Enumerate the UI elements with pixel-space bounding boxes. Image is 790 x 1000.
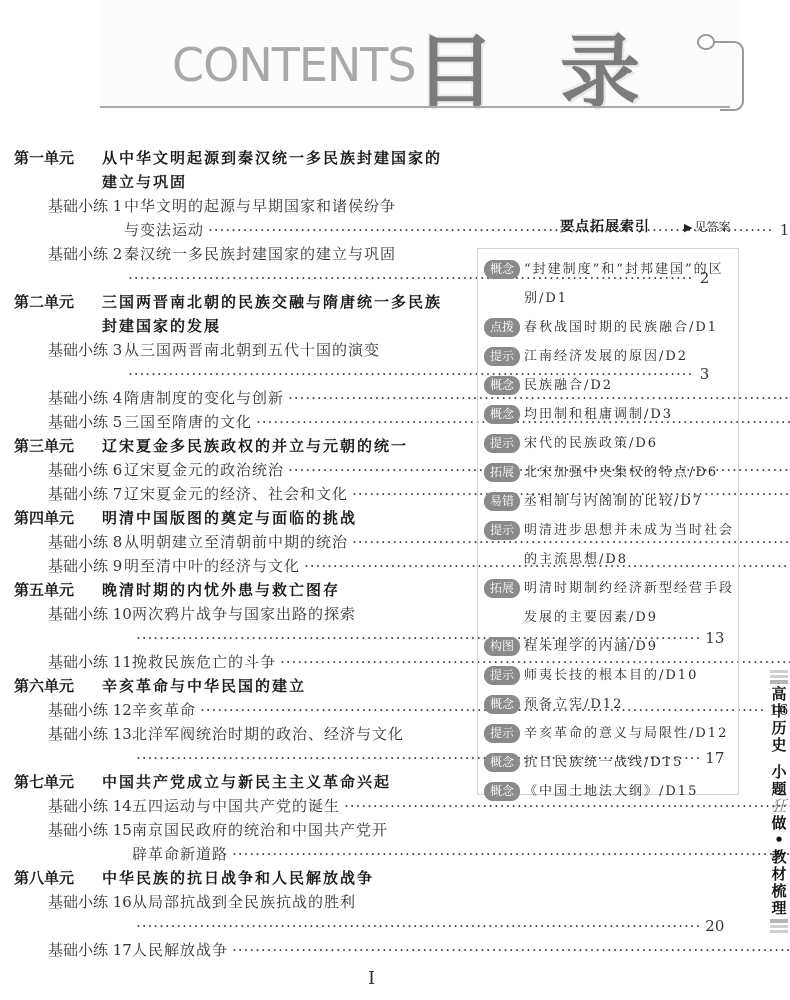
lesson-title-cont: 与变法运动 (124, 218, 204, 242)
unit-title: 中国共产党成立与新民主主义革命兴起 (102, 770, 444, 794)
index-item-text: 北宋加强中央集权的特点/D6 (524, 458, 734, 487)
lesson-entry[interactable]: 基础小练 8 从明朝建立至清朝前中期的统治10 (14, 530, 444, 554)
lesson-entry[interactable]: 基础小练 7 辽宋夏金元的经济、社会和文化9 (14, 482, 444, 506)
unit-label: 第一单元 (14, 146, 102, 194)
unit-label: 第八单元 (14, 866, 102, 890)
unit-label: 第二单元 (14, 290, 102, 338)
unit-heading[interactable]: 第六单元 辛亥革命与中华民国的建立 (14, 674, 444, 698)
lesson-label: 基础小练 9 (14, 554, 124, 578)
lesson-title: 明至清中叶的经济与文化 (124, 554, 300, 578)
index-panel: 概念“封建制度”和“封邦建国”的区别/D1 点拨春秋战国时期的民族融合/D1 提… (477, 248, 739, 795)
lesson-title: 五四运动与中国共产党的诞生 (132, 794, 340, 818)
lesson-title-cont: 辟革命新道路 (132, 842, 228, 866)
index-item[interactable]: 提示辛亥革命的意义与局限性/D12 (484, 719, 734, 748)
index-item[interactable]: 提示江南经济发展的原因/D2 (484, 342, 734, 371)
lesson-entry[interactable]: 基础小练 17 人民解放战争21 (14, 938, 444, 962)
lesson-label: 基础小练 16 (14, 890, 132, 938)
index-item-text: 明清时期制约经济新型经营手段发展的主要因素/D9 (524, 574, 734, 632)
index-item[interactable]: 易错丞相制与内阁制的比较/D7 (484, 487, 734, 516)
lesson-label: 基础小练 6 (14, 458, 124, 482)
index-item-text: 程朱理学的内涵/D9 (524, 632, 734, 661)
unit-label: 第七单元 (14, 770, 102, 794)
lesson-title: 从三国两晋南北朝到五代十国的演变 (124, 338, 380, 362)
index-item[interactable]: 提示宋代的民族政策/D6 (484, 429, 734, 458)
unit-title: 辛亥革命与中华民国的建立 (102, 674, 444, 698)
spine-series-char: 小 (770, 764, 788, 781)
tag-badge: 提示 (484, 724, 520, 743)
index-item-text: “封建制度”和“封邦建国”的区别/D1 (524, 255, 734, 313)
lesson-entry[interactable]: 基础小练 6 辽宋夏金元的政治统治7 (14, 458, 444, 482)
index-item-text: 辛亥革命的意义与局限性/D12 (524, 719, 734, 748)
lesson-title: 从明朝建立至清朝前中期的统治 (124, 530, 348, 554)
page-number-footer: I (368, 968, 375, 989)
unit-label: 第三单元 (14, 434, 102, 458)
tag-badge: 易错 (484, 492, 520, 511)
index-item-text: 江南经济发展的原因/D2 (524, 342, 734, 371)
tag-badge: 提示 (484, 434, 520, 453)
lesson-title: 挽救民族危亡的斗争 (132, 650, 276, 674)
tag-badge: 概念 (484, 405, 520, 424)
decorative-bar (770, 670, 788, 673)
spine-volume-char: 理 (770, 900, 788, 917)
spine-subject-char: 历 (770, 720, 788, 737)
lesson-label: 基础小练 11 (14, 650, 132, 674)
spine-subject-char: 史 (770, 737, 788, 754)
spine-series-char: 题 (770, 781, 788, 798)
index-item[interactable]: 概念“封建制度”和“封邦建国”的区别/D1 (484, 255, 734, 313)
unit-title: 从中华文明起源到秦汉统一多民族封建国家的建立与巩固 (102, 146, 444, 194)
decorative-bar (770, 930, 788, 933)
index-item-text: 宋代的民族政策/D6 (524, 429, 734, 458)
spine-volume-char: 梳 (770, 883, 788, 900)
index-item[interactable]: 概念抗日民族统一战线/D15 (484, 748, 734, 777)
lesson-label: 基础小练 7 (14, 482, 124, 506)
lesson-label: 基础小练 10 (14, 602, 132, 650)
unit-heading[interactable]: 第五单元 晚清时期的内忧外患与救亡图存 (14, 578, 444, 602)
lesson-entry[interactable]: 基础小练 5 三国至隋唐的文化6 (14, 410, 444, 434)
leader-dots (136, 914, 701, 938)
leader-dots (232, 938, 790, 962)
decorative-frame (720, 41, 744, 111)
lesson-title: 两次鸦片战争与国家出路的探索 (132, 602, 356, 626)
unit-heading[interactable]: 第四单元 明清中国版图的奠定与面临的挑战 (14, 506, 444, 530)
tag-badge: 概念 (484, 376, 520, 395)
lesson-entry[interactable]: 基础小练 4 隋唐制度的变化与创新4 (14, 386, 444, 410)
lesson-entry[interactable]: 基础小练 16 从局部抗战到全民族抗战的胜利 20 (14, 890, 444, 938)
page-number: 20 (705, 914, 724, 938)
index-item-text: 抗日民族统一战线/D15 (524, 748, 734, 777)
lesson-label: 基础小练 2 (14, 242, 124, 290)
index-item-text: 《中国土地法大纲》/D15 (524, 777, 734, 806)
see-answer-link[interactable]: ▶见答案 (684, 218, 730, 235)
tag-badge: 提示 (484, 347, 520, 366)
lesson-title: 辽宋夏金元的经济、社会和文化 (124, 482, 348, 506)
lesson-label: 基础小练 13 (14, 722, 132, 770)
unit-label: 第六单元 (14, 674, 102, 698)
lesson-title: 三国至隋唐的文化 (124, 410, 252, 434)
spine-subject-char: 中 (770, 703, 788, 720)
index-item[interactable]: 提示师夷长技的根本目的/D10 (484, 661, 734, 690)
tag-badge: 拓展 (484, 463, 520, 482)
index-item-text: 预备立宪/D12 (524, 690, 734, 719)
lesson-entry[interactable]: 基础小练 11 挽救民族危亡的斗争15 (14, 650, 444, 674)
lesson-label: 基础小练 3 (14, 338, 124, 386)
book-spine-label: 高 中 历 史 小 题 狂 做 • 教 材 梳 理 (770, 668, 788, 935)
lesson-entry[interactable]: 基础小练 3 从三国两晋南北朝到五代十国的演变 3 (14, 338, 444, 386)
unit-label: 第五单元 (14, 578, 102, 602)
index-item-text: 均田制和租庸调制/D3 (524, 400, 734, 429)
lesson-title: 从局部抗战到全民族抗战的胜利 (132, 890, 356, 914)
tag-badge: 概念 (484, 695, 520, 714)
decorative-bar (770, 680, 788, 684)
contents-title-english: CONTENTS (172, 38, 416, 92)
table-of-contents: 第一单元 从中华文明起源到秦汉统一多民族封建国家的建立与巩固 基础小练 1 中华… (14, 146, 444, 962)
index-item-text: 丞相制与内阁制的比较/D7 (524, 487, 734, 516)
triangle-right-icon: ▶ (684, 221, 692, 234)
index-title: 要点拓展索引 (560, 216, 650, 236)
lesson-entry[interactable]: 基础小练 1 中华文明的起源与早期国家和诸侯纷争 与变法运动1 (14, 194, 444, 242)
see-answer-label: 见答案 (694, 220, 730, 234)
lesson-label: 基础小练 4 (14, 386, 124, 410)
unit-heading[interactable]: 第七单元 中国共产党成立与新民主主义革命兴起 (14, 770, 444, 794)
page-number: 1 (777, 218, 789, 242)
tag-badge: 提示 (484, 521, 520, 540)
lesson-label: 基础小练 14 (14, 794, 132, 818)
index-item-text: 春秋战国时期的民族融合/D1 (524, 313, 734, 342)
index-item[interactable]: 概念预备立宪/D12 (484, 690, 734, 719)
lesson-entry[interactable]: 基础小练 10 两次鸦片战争与国家出路的探索 13 (14, 602, 444, 650)
unit-heading[interactable]: 第三单元 辽宋夏金多民族政权的并立与元朝的统一 (14, 434, 444, 458)
unit-title: 三国两晋南北朝的民族交融与隋唐统一多民族封建国家的发展 (102, 290, 444, 338)
unit-title: 明清中国版图的奠定与面临的挑战 (102, 506, 444, 530)
unit-title: 中华民族的抗日战争和人民解放战争 (102, 866, 444, 890)
tag-badge: 提示 (484, 666, 520, 685)
index-item[interactable]: 拓展北宋加强中央集权的特点/D6 (484, 458, 734, 487)
lesson-entry[interactable]: 基础小练 12 辛亥革命16 (14, 698, 444, 722)
spine-series-char: 做 (770, 815, 788, 832)
lesson-entry[interactable]: 基础小练 9 明至清中叶的经济与文化11 (14, 554, 444, 578)
decorative-bar (770, 925, 788, 928)
lesson-title: 人民解放战争 (132, 938, 228, 962)
index-item[interactable]: 提示明清进步思想并未成为当时社会的主流思想/D8 (484, 516, 734, 574)
lesson-title: 辛亥革命 (132, 698, 196, 722)
leader-dots (232, 842, 790, 866)
unit-heading[interactable]: 第八单元 中华民族的抗日战争和人民解放战争 (14, 866, 444, 890)
tag-badge: 拓展 (484, 579, 520, 598)
lesson-entry[interactable]: 基础小练 13 北洋军阀统治时期的政治、经济与文化 17 (14, 722, 444, 770)
spine-separator: • (770, 832, 788, 849)
lesson-title: 辽宋夏金元的政治统治 (124, 458, 284, 482)
spine-subject-char: 高 (770, 686, 788, 703)
tag-badge: 概念 (484, 753, 520, 772)
unit-label: 第四单元 (14, 506, 102, 530)
unit-title: 辽宋夏金多民族政权的并立与元朝的统一 (102, 434, 444, 458)
index-item[interactable]: 概念均田制和租庸调制/D3 (484, 400, 734, 429)
lesson-title: 北洋军阀统治时期的政治、经济与文化 (132, 722, 404, 746)
spine-volume-char: 材 (770, 866, 788, 883)
tag-badge: 概念 (484, 260, 520, 279)
lesson-label: 基础小练 15 (14, 818, 132, 866)
tag-badge: 构图 (484, 637, 520, 656)
header-underline (100, 106, 730, 108)
lesson-title: 中华文明的起源与早期国家和诸侯纷争 (124, 194, 396, 218)
index-item[interactable]: 概念《中国土地法大纲》/D15 (484, 777, 734, 806)
lesson-label: 基础小练 5 (14, 410, 124, 434)
index-item-text: 民族融合/D2 (524, 371, 734, 400)
spine-volume-char: 教 (770, 849, 788, 866)
lesson-title: 秦汉统一多民族封建国家的建立与巩固 (124, 242, 396, 266)
tag-badge: 点拨 (484, 318, 520, 337)
spine-series-char: 狂 (770, 798, 788, 815)
unit-heading[interactable]: 第二单元 三国两晋南北朝的民族交融与隋唐统一多民族封建国家的发展 (14, 290, 444, 338)
unit-title: 晚清时期的内忧外患与救亡图存 (102, 578, 444, 602)
index-item[interactable]: 点拨春秋战国时期的民族融合/D1 (484, 313, 734, 342)
lesson-label: 基础小练 1 (14, 194, 124, 242)
lesson-label: 基础小练 12 (14, 698, 132, 722)
lesson-entry[interactable]: 基础小练 2 秦汉统一多民族封建国家的建立与巩固 2 (14, 242, 444, 290)
index-item[interactable]: 构图程朱理学的内涵/D9 (484, 632, 734, 661)
decorative-bar (770, 675, 788, 678)
index-item-text: 明清进步思想并未成为当时社会的主流思想/D8 (524, 516, 734, 574)
index-item-text: 师夷长技的根本目的/D10 (524, 661, 734, 690)
index-item[interactable]: 概念民族融合/D2 (484, 371, 734, 400)
lesson-label: 基础小练 8 (14, 530, 124, 554)
lesson-title: 隋唐制度的变化与创新 (124, 386, 284, 410)
unit-heading[interactable]: 第一单元 从中华文明起源到秦汉统一多民族封建国家的建立与巩固 (14, 146, 444, 194)
lesson-entry[interactable]: 基础小练 15 南京国民政府的统治和中国共产党开 辟革命新道路19 (14, 818, 444, 866)
lesson-title: 南京国民政府的统治和中国共产党开 (132, 818, 388, 842)
lesson-label: 基础小练 17 (14, 938, 132, 962)
decorative-bar (770, 919, 788, 923)
lesson-entry[interactable]: 基础小练 14 五四运动与中国共产党的诞生18 (14, 794, 444, 818)
tag-badge: 概念 (484, 782, 520, 801)
index-item[interactable]: 拓展明清时期制约经济新型经营手段发展的主要因素/D9 (484, 574, 734, 632)
